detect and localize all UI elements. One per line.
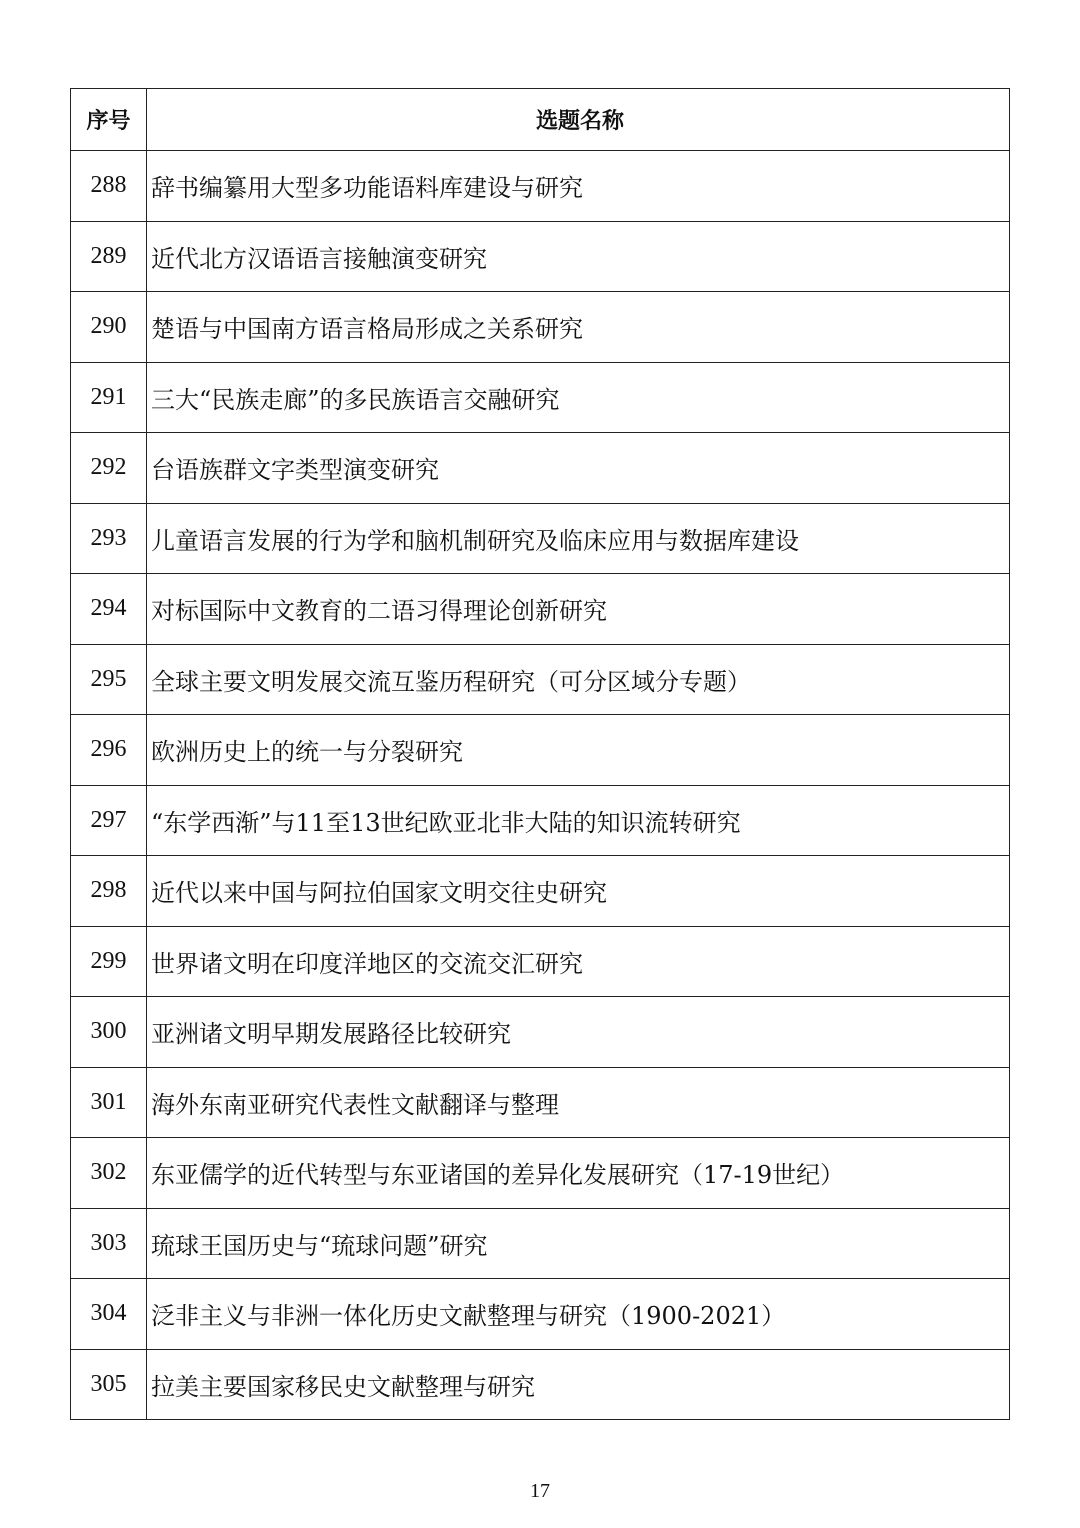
page-number: 17: [0, 1480, 1080, 1503]
table-row: 296欧洲历史上的统一与分裂研究: [71, 715, 1010, 786]
row-number: 289: [71, 221, 147, 292]
row-title: 辞书编纂用大型多功能语料库建设与研究: [147, 151, 1010, 222]
row-number: 293: [71, 503, 147, 574]
table-row: 288辞书编纂用大型多功能语料库建设与研究: [71, 151, 1010, 222]
row-number: 296: [71, 715, 147, 786]
table-header-row: 序号 选题名称: [71, 89, 1010, 151]
row-number: 302: [71, 1138, 147, 1209]
row-number: 300: [71, 997, 147, 1068]
row-number: 298: [71, 856, 147, 927]
table-row: 294对标国际中文教育的二语习得理论创新研究: [71, 574, 1010, 645]
table-row: 302东亚儒学的近代转型与东亚诸国的差异化发展研究（17-19世纪）: [71, 1138, 1010, 1209]
table-row: 289近代北方汉语语言接触演变研究: [71, 221, 1010, 292]
table-row: 304泛非主义与非洲一体化历史文献整理与研究（1900-2021）: [71, 1279, 1010, 1350]
table-row: 293儿童语言发展的行为学和脑机制研究及临床应用与数据库建设: [71, 503, 1010, 574]
row-title: 泛非主义与非洲一体化历史文献整理与研究（1900-2021）: [147, 1279, 1010, 1350]
row-number: 301: [71, 1067, 147, 1138]
row-title: 全球主要文明发展交流互鉴历程研究（可分区域分专题）: [147, 644, 1010, 715]
row-number: 288: [71, 151, 147, 222]
table-row: 295全球主要文明发展交流互鉴历程研究（可分区域分专题）: [71, 644, 1010, 715]
table-row: 299世界诸文明在印度洋地区的交流交汇研究: [71, 926, 1010, 997]
table-row: 297“东学西渐”与11至13世纪欧亚北非大陆的知识流转研究: [71, 785, 1010, 856]
row-title: 近代北方汉语语言接触演变研究: [147, 221, 1010, 292]
table-row: 292台语族群文字类型演变研究: [71, 433, 1010, 504]
row-title: 近代以来中国与阿拉伯国家文明交往史研究: [147, 856, 1010, 927]
row-number: 304: [71, 1279, 147, 1350]
row-title: 琉球王国历史与“琉球问题”研究: [147, 1208, 1010, 1279]
row-number: 294: [71, 574, 147, 645]
row-number: 291: [71, 362, 147, 433]
row-title: 对标国际中文教育的二语习得理论创新研究: [147, 574, 1010, 645]
table-row: 290楚语与中国南方语言格局形成之关系研究: [71, 292, 1010, 363]
row-title: 楚语与中国南方语言格局形成之关系研究: [147, 292, 1010, 363]
row-title: 台语族群文字类型演变研究: [147, 433, 1010, 504]
table-row: 291三大“民族走廊”的多民族语言交融研究: [71, 362, 1010, 433]
header-number: 序号: [71, 89, 147, 151]
row-title: 拉美主要国家移民史文献整理与研究: [147, 1349, 1010, 1420]
row-title: 欧洲历史上的统一与分裂研究: [147, 715, 1010, 786]
row-title: “东学西渐”与11至13世纪欧亚北非大陆的知识流转研究: [147, 785, 1010, 856]
row-number: 305: [71, 1349, 147, 1420]
row-number: 292: [71, 433, 147, 504]
row-number: 295: [71, 644, 147, 715]
header-title: 选题名称: [147, 89, 1010, 151]
table-row: 301海外东南亚研究代表性文献翻译与整理: [71, 1067, 1010, 1138]
row-title: 世界诸文明在印度洋地区的交流交汇研究: [147, 926, 1010, 997]
row-title: 三大“民族走廊”的多民族语言交融研究: [147, 362, 1010, 433]
row-title: 亚洲诸文明早期发展路径比较研究: [147, 997, 1010, 1068]
table-row: 303琉球王国历史与“琉球问题”研究: [71, 1208, 1010, 1279]
row-number: 303: [71, 1208, 147, 1279]
row-number: 297: [71, 785, 147, 856]
row-title: 儿童语言发展的行为学和脑机制研究及临床应用与数据库建设: [147, 503, 1010, 574]
table-row: 300亚洲诸文明早期发展路径比较研究: [71, 997, 1010, 1068]
table-body: 288辞书编纂用大型多功能语料库建设与研究289近代北方汉语语言接触演变研究29…: [71, 151, 1010, 1420]
row-number: 290: [71, 292, 147, 363]
table-row: 298近代以来中国与阿拉伯国家文明交往史研究: [71, 856, 1010, 927]
row-title: 东亚儒学的近代转型与东亚诸国的差异化发展研究（17-19世纪）: [147, 1138, 1010, 1209]
row-title: 海外东南亚研究代表性文献翻译与整理: [147, 1067, 1010, 1138]
table-row: 305拉美主要国家移民史文献整理与研究: [71, 1349, 1010, 1420]
topic-table: 序号 选题名称 288辞书编纂用大型多功能语料库建设与研究289近代北方汉语语言…: [70, 88, 1010, 1420]
row-number: 299: [71, 926, 147, 997]
